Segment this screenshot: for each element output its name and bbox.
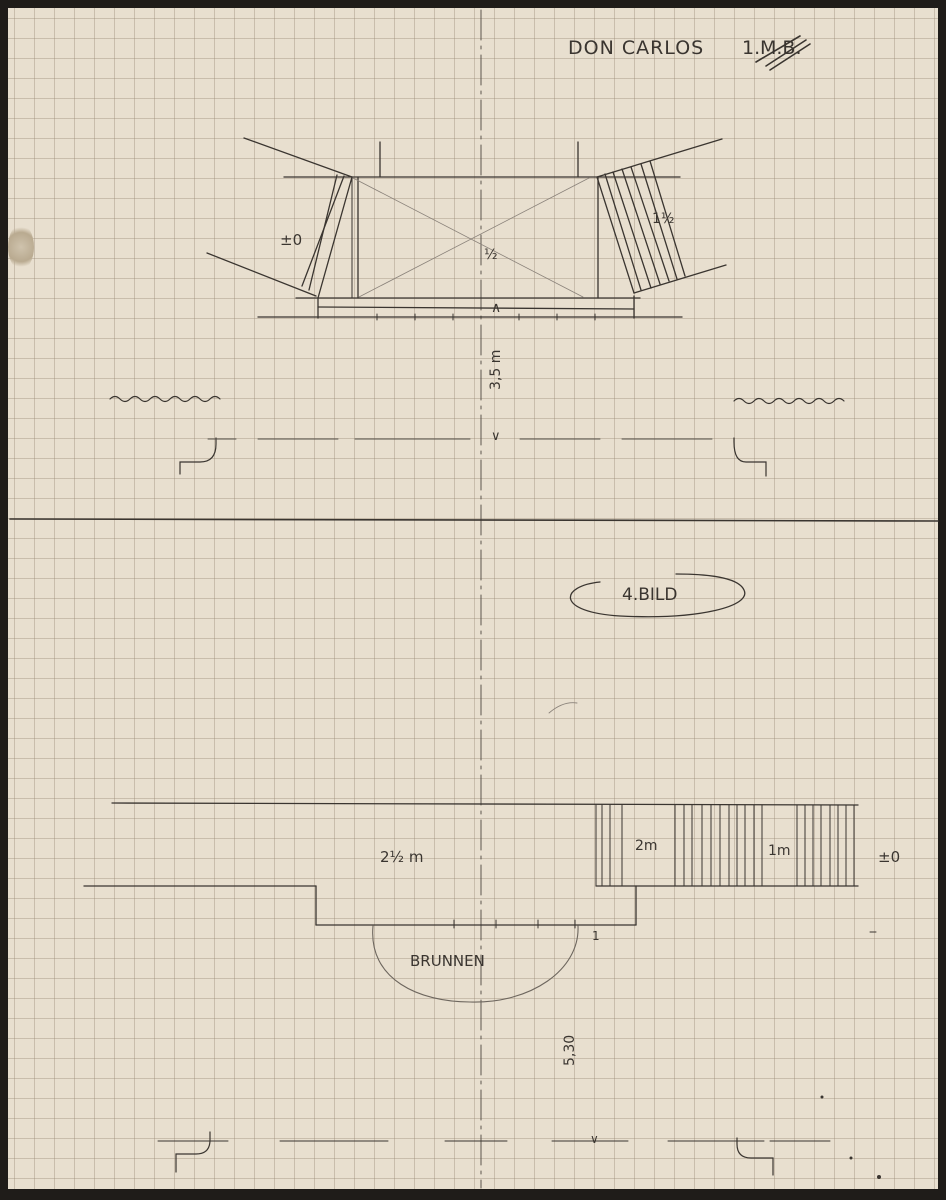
upper-plan: ±0 1½ ½ ∧ — [207, 138, 726, 320]
label-center: ½ — [484, 247, 498, 263]
label-right-level: 1½ — [652, 211, 674, 227]
wing-markers-lower — [158, 1096, 881, 1180]
section-divider — [10, 519, 938, 521]
water-and-wings-upper — [110, 397, 844, 477]
water-wave-left — [110, 397, 220, 402]
wing-marker-right — [734, 438, 766, 476]
scene-label: 4.BILD — [570, 574, 744, 617]
step-mark: 1 — [592, 929, 600, 943]
lower-plan: 2½ m 2m 1m ±0 BRUNNEN 1 — [84, 803, 900, 1002]
header: DON CARLOS 1. M.B. — [568, 36, 810, 70]
title-text: DON CARLOS — [568, 37, 704, 59]
wing-marker-bottom-right — [737, 1138, 773, 1175]
arrow-down: ∨ — [491, 429, 501, 444]
scene-label-text: 4.BILD — [622, 585, 677, 605]
lower-depth-dimension: 5,30 — [562, 1035, 578, 1066]
water-wave-right — [734, 399, 844, 404]
stray-mark — [549, 703, 577, 713]
arrow-up: ∧ — [491, 300, 501, 316]
wing-marker-left — [180, 438, 216, 474]
stage-plan-drawing: DON CARLOS 1. M.B. — [0, 0, 946, 1200]
wing-marker-bottom-left — [176, 1132, 210, 1172]
stairs-label-1: 2m — [635, 838, 658, 854]
upper-depth-dimension: 3,5 m — [488, 350, 504, 390]
sheet-ref: 1. — [742, 37, 760, 59]
level-label: ±0 — [878, 848, 900, 866]
platform-label: 2½ m — [380, 848, 423, 866]
label-left-level: ±0 — [280, 231, 302, 249]
lower-arrow-down: ∨ — [590, 1132, 599, 1146]
fountain-label: BRUNNEN — [410, 952, 485, 970]
stairs-label-2: 1m — [768, 843, 791, 859]
